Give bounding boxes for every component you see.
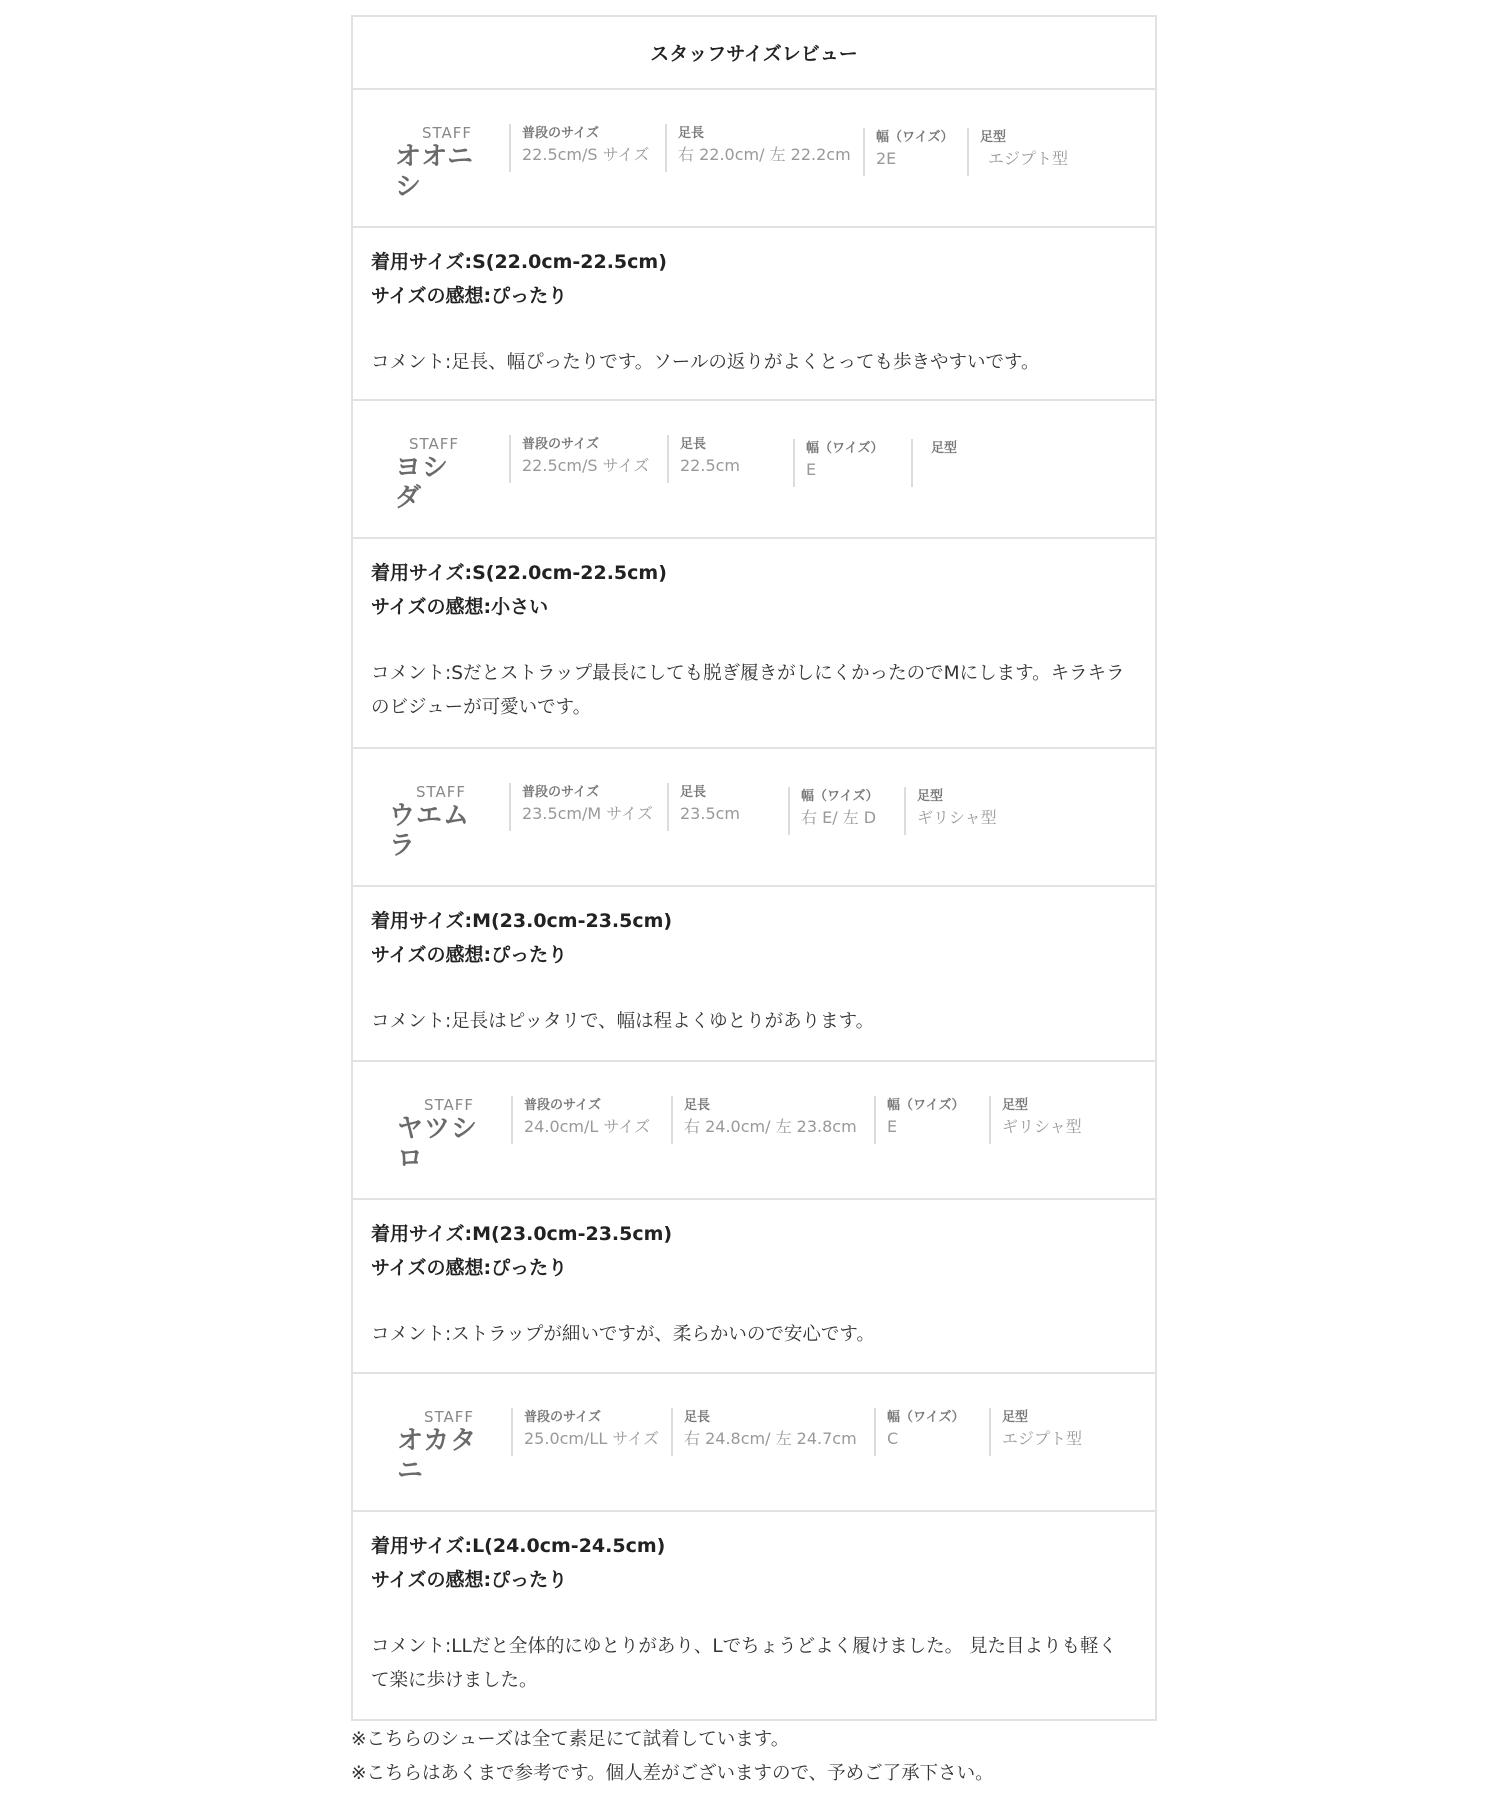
foot-length-value: 右 22.0cm/ 左 22.2cm <box>678 144 863 166</box>
staff-label: STAFF <box>424 1408 474 1426</box>
review-body: 着用サイズ:S(22.0cm-22.5cm) サイズの感想:ぴったり コメント:… <box>353 228 1155 401</box>
usual-size-label: 普段のサイズ <box>522 124 665 144</box>
size-impression: サイズの感想:ぴったり <box>371 1563 1137 1597</box>
wear-size: 着用サイズ:S(22.0cm-22.5cm) <box>371 539 1137 590</box>
staff-size-review-card: スタッフサイズレビュー STAFF オオニシ 普段のサイズ 22.5cm/S サ… <box>351 15 1157 1721</box>
foot-type-value: ギリシャ型 <box>1002 1116 1112 1138</box>
foot-length-value: 23.5cm <box>680 803 788 825</box>
wear-size: 着用サイズ:M(23.0cm-23.5cm) <box>371 1200 1137 1251</box>
review-body: 着用サイズ:M(23.0cm-23.5cm) サイズの感想:ぴったり コメント:… <box>353 1200 1155 1374</box>
usual-size-value: 23.5cm/M サイズ <box>522 803 667 825</box>
footnote-barefoot: ※こちらのシューズは全て素足にて試着しています。 <box>351 1723 1171 1757</box>
staff-name: ヤツシロ <box>397 1114 501 1174</box>
foot-length-value: 右 24.8cm/ 左 24.7cm <box>684 1428 874 1450</box>
staff-profile: STAFF ヨシダ 普段のサイズ 22.5cm/S サイズ 足長 22.5cm … <box>353 401 1155 539</box>
foot-length-col: 足長 23.5cm <box>667 783 788 831</box>
review-body: 着用サイズ:L(24.0cm-24.5cm) サイズの感想:ぴったり コメント:… <box>353 1512 1155 1719</box>
width-value: C <box>887 1428 989 1450</box>
staff-name: ヨシダ <box>395 453 473 513</box>
width-value: E <box>806 459 911 481</box>
review-body: 着用サイズ:S(22.0cm-22.5cm) サイズの感想:小さい コメント:S… <box>353 539 1155 749</box>
usual-size-value: 22.5cm/S サイズ <box>522 455 667 477</box>
staff-profile: STAFF ウエムラ 普段のサイズ 23.5cm/M サイズ 足長 23.5cm… <box>353 749 1155 887</box>
review-comment: コメント:足長、幅ぴったりです。ソールの返りがよくとっても歩きやすいです。 <box>371 346 1137 394</box>
card-title: スタッフサイズレビュー <box>353 17 1155 90</box>
width-col: 幅（ワイズ） E <box>874 1096 989 1144</box>
foot-length-value: 22.5cm <box>680 455 793 477</box>
review-comment: コメント:ストラップが細いですが、柔らかいので安心です。 <box>371 1318 1137 1366</box>
staff-identity: STAFF オカタニ <box>397 1408 501 1486</box>
width-label: 幅（ワイズ） <box>806 439 911 459</box>
foot-type-label: 足型 <box>1002 1408 1112 1428</box>
staff-profile: STAFF オカタニ 普段のサイズ 25.0cm/LL サイズ 足長 右 24.… <box>353 1374 1155 1512</box>
foot-type-col: 足型 エジプト型 <box>989 1408 1112 1456</box>
foot-type-col: 足型 ギリシャ型 <box>904 787 1027 835</box>
foot-length-label: 足長 <box>680 783 788 803</box>
staff-name: オカタニ <box>397 1426 501 1486</box>
foot-length-col: 足長 右 24.0cm/ 左 23.8cm <box>671 1096 874 1144</box>
staff-label: STAFF <box>416 783 466 801</box>
wear-size: 着用サイズ:S(22.0cm-22.5cm) <box>371 228 1137 279</box>
usual-size-col: 普段のサイズ 22.5cm/S サイズ <box>509 435 667 483</box>
foot-length-value: 右 24.0cm/ 左 23.8cm <box>684 1116 874 1138</box>
wear-size: 着用サイズ:M(23.0cm-23.5cm) <box>371 887 1137 938</box>
width-label: 幅（ワイズ） <box>801 787 904 807</box>
width-label: 幅（ワイズ） <box>887 1408 989 1428</box>
foot-length-label: 足長 <box>684 1096 874 1116</box>
footnotes: ※こちらのシューズは全て素足にて試着しています。 ※こちらはあくまで参考です。個… <box>351 1723 1171 1791</box>
size-impression: サイズの感想:ぴったり <box>371 1251 1137 1285</box>
foot-type-col: 足型 ギリシャ型 <box>989 1096 1112 1144</box>
foot-type-col: 足型 エジプト型 <box>967 128 1090 176</box>
usual-size-col: 普段のサイズ 25.0cm/LL サイズ <box>511 1408 671 1456</box>
usual-size-label: 普段のサイズ <box>524 1096 671 1116</box>
staff-identity: STAFF ヤツシロ <box>397 1096 501 1174</box>
review-body: 着用サイズ:M(23.0cm-23.5cm) サイズの感想:ぴったり コメント:… <box>353 887 1155 1062</box>
usual-size-label: 普段のサイズ <box>524 1408 671 1428</box>
width-label: 幅（ワイズ） <box>876 128 967 148</box>
staff-profile: STAFF オオニシ 普段のサイズ 22.5cm/S サイズ 足長 右 22.0… <box>353 90 1155 228</box>
foot-type-col: 足型 <box>911 439 1041 487</box>
size-impression: サイズの感想:ぴったり <box>371 279 1137 313</box>
foot-length-label: 足長 <box>684 1408 874 1428</box>
usual-size-value: 24.0cm/L サイズ <box>524 1116 671 1138</box>
foot-length-col: 足長 22.5cm <box>667 435 793 483</box>
size-impression: サイズの感想:小さい <box>371 590 1137 624</box>
staff-name: ウエムラ <box>389 801 493 861</box>
foot-length-label: 足長 <box>680 435 793 455</box>
review-comment: コメント:LLだと全体的にゆとりがあり、Lでちょうどよく履けました。 見た目より… <box>371 1630 1131 1712</box>
staff-profile: STAFF ヤツシロ 普段のサイズ 24.0cm/L サイズ 足長 右 24.0… <box>353 1062 1155 1200</box>
width-label: 幅（ワイズ） <box>887 1096 989 1116</box>
staff-label: STAFF <box>409 435 459 453</box>
width-col: 幅（ワイズ） 2E <box>863 128 967 176</box>
size-impression: サイズの感想:ぴったり <box>371 938 1137 972</box>
foot-type-value: エジプト型 <box>1002 1428 1112 1450</box>
foot-length-col: 足長 右 24.8cm/ 左 24.7cm <box>671 1408 874 1456</box>
staff-identity: STAFF ヨシダ <box>395 435 473 513</box>
usual-size-label: 普段のサイズ <box>522 435 667 455</box>
foot-type-value: ギリシャ型 <box>917 807 1027 829</box>
foot-type-label: 足型 <box>1002 1096 1112 1116</box>
width-value: E <box>887 1116 989 1138</box>
staff-identity: STAFF オオニシ <box>395 124 499 202</box>
width-value: 2E <box>876 148 967 170</box>
foot-type-label: 足型 <box>980 128 1090 148</box>
foot-length-col: 足長 右 22.0cm/ 左 22.2cm <box>665 124 863 172</box>
usual-size-value: 25.0cm/LL サイズ <box>524 1428 671 1450</box>
staff-identity: STAFF ウエムラ <box>389 783 493 861</box>
width-col: 幅（ワイズ） E <box>793 439 911 487</box>
review-comment: コメント:足長はピッタリで、幅は程よくゆとりがあります。 <box>371 1005 1137 1053</box>
usual-size-value: 22.5cm/S サイズ <box>522 144 665 166</box>
foot-type-label: 足型 <box>917 787 1027 807</box>
usual-size-col: 普段のサイズ 24.0cm/L サイズ <box>511 1096 671 1144</box>
width-value: 右 E/ 左 D <box>801 807 904 829</box>
staff-name: オオニシ <box>395 142 499 202</box>
staff-label: STAFF <box>422 124 472 142</box>
footnote-reference: ※こちらはあくまで参考です。個人差がございますので、予めご了承下さい。 <box>351 1757 1171 1791</box>
staff-label: STAFF <box>424 1096 474 1114</box>
wear-size: 着用サイズ:L(24.0cm-24.5cm) <box>371 1512 1137 1563</box>
usual-size-label: 普段のサイズ <box>522 783 667 803</box>
foot-type-label: 足型 <box>931 439 1041 459</box>
usual-size-col: 普段のサイズ 23.5cm/M サイズ <box>509 783 667 831</box>
usual-size-col: 普段のサイズ 22.5cm/S サイズ <box>509 124 665 172</box>
foot-length-label: 足長 <box>678 124 863 144</box>
width-col: 幅（ワイズ） C <box>874 1408 989 1456</box>
foot-type-value: エジプト型 <box>980 148 1090 170</box>
width-col: 幅（ワイズ） 右 E/ 左 D <box>788 787 904 835</box>
review-comment: コメント:Sだとストラップ最長にしても脱ぎ履きがしにくかったのでMにします。キラ… <box>371 657 1131 739</box>
